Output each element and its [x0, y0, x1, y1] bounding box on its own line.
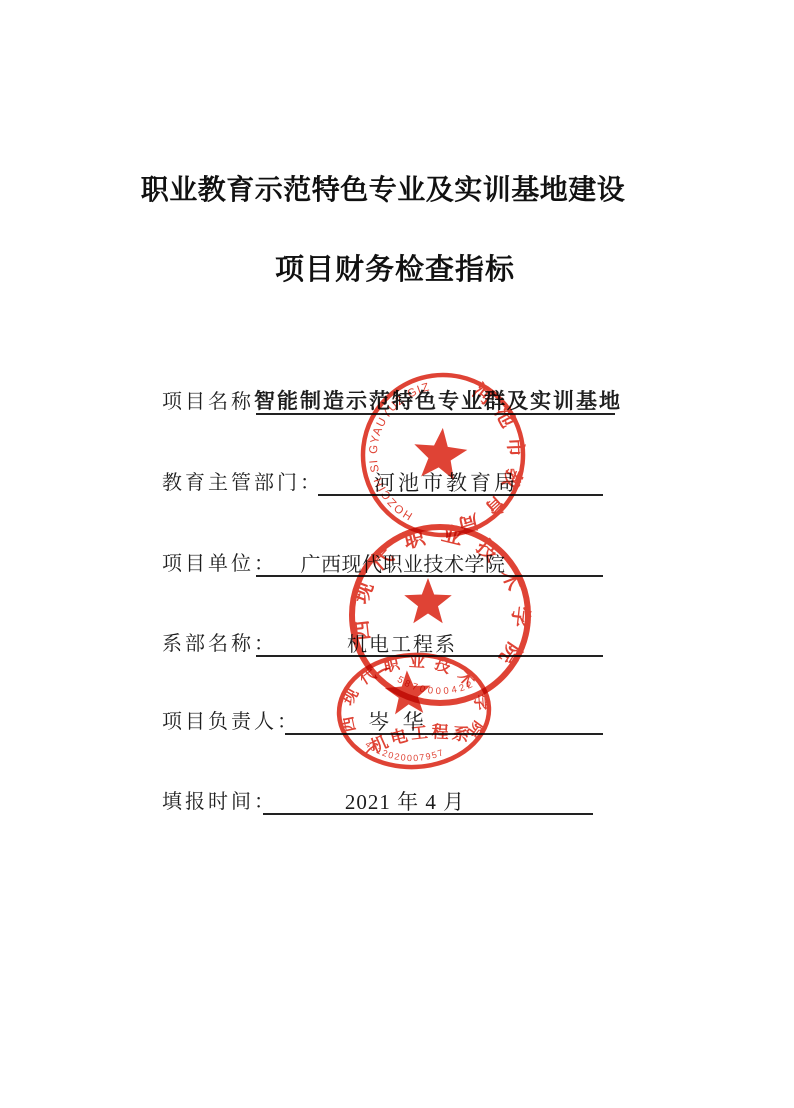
field-value-report-date: 2021 年 4 月 — [345, 786, 465, 816]
field-label-project-unit: 项目单位： — [162, 547, 277, 576]
red-star-icon — [384, 669, 432, 715]
red-star-icon — [411, 425, 469, 481]
red-star-icon — [404, 578, 452, 623]
field-label-department-name: 系部名称： — [162, 627, 277, 656]
document-title-line2: 项目财务检查指标 — [275, 247, 515, 288]
document-page: 职业教育示范特色专业及实训基地建设 项目财务检查指标 项目名称： 智能制造示范特… — [0, 0, 794, 1108]
document-title-line1: 职业教育示范特色专业及实训基地建设 — [141, 168, 626, 208]
official-seal-mechatronics-department: 广西现代职业技术学院 机电工程系 4512020007957 — [325, 637, 502, 786]
field-label-education-authority: 教育主管部门： — [162, 466, 323, 495]
field-label-project-leader: 项目负责人： — [162, 705, 300, 734]
field-label-report-date: 填报时间： — [162, 785, 277, 814]
